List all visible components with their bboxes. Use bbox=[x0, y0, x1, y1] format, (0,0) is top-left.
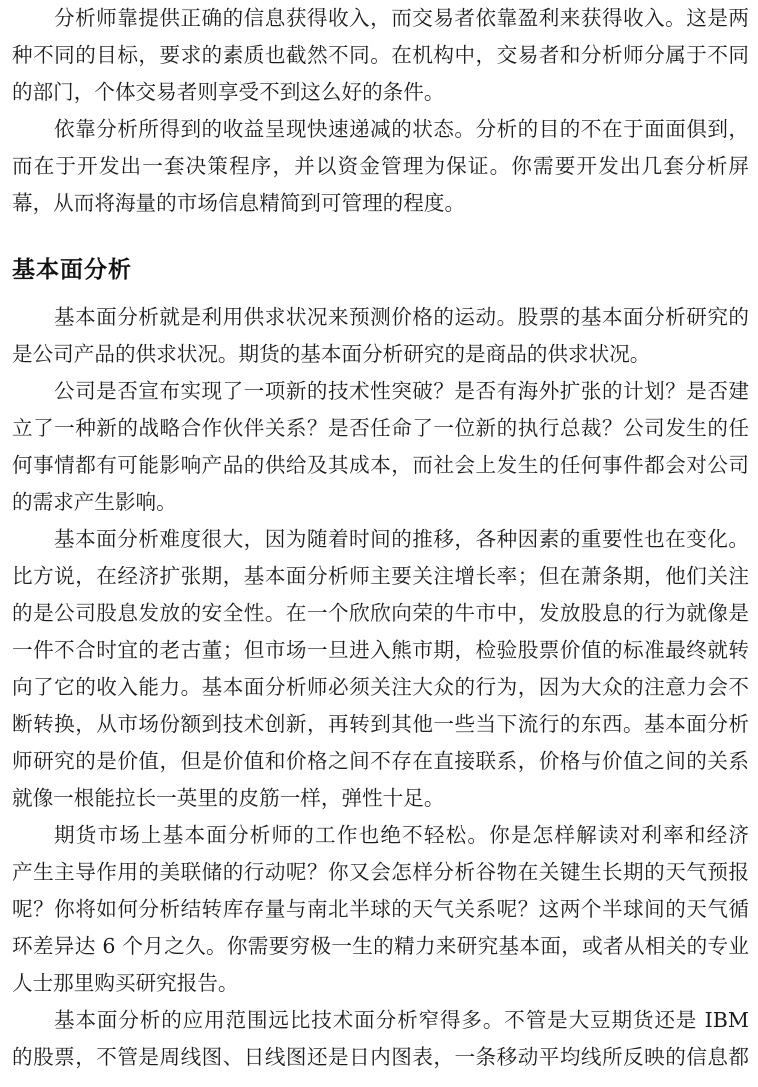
paragraph-line: 向了它的收入能力。基本面分析师必须关注大众的行为，因为大众的注意力会不 bbox=[12, 669, 749, 706]
paragraph-line: 的部门，个体交易者则享受不到这么好的条件。 bbox=[12, 74, 749, 111]
paragraph-line: 立了一种新的战略合作伙伴关系？是否任命了一位新的执行总裁？公司发生的任 bbox=[12, 410, 749, 447]
paragraph-line: 基本面分析的应用范围远比技术面分析窄得多。不管是大豆期货还是 IBM bbox=[54, 1002, 749, 1039]
paragraph-line: 师研究的是价值，但是价值和价格之间不存在直接联系，价格与价值之间的关系 bbox=[12, 743, 749, 780]
paragraph-line: 的是公司股息发放的安全性。在一个欣欣向荣的牛市中，发放股息的行为就像是 bbox=[12, 595, 749, 632]
paragraph-line: 就像一根能拉长一英里的皮筋一样，弹性十足。 bbox=[12, 780, 749, 817]
paragraph-line: 幕，从而将海量的市场信息精简到可管理的程度。 bbox=[12, 185, 749, 222]
paragraph-line: 一件不合时宜的老古董；但市场一旦进入熊市期，检验股票价值的标准最终就转 bbox=[12, 632, 749, 669]
paragraph-line: 环差异达 6 个月之久。你需要穷极一生的精力来研究基本面，或者从相关的专业 bbox=[12, 928, 749, 965]
paragraph-line: 的需求产生影响。 bbox=[12, 484, 749, 521]
paragraph-line: 的股票，不管是周线图、日线图还是日内图表，一条移动平均线所反映的信息都 bbox=[12, 1039, 749, 1076]
paragraph-line: 基本面分析难度很大，因为随着时间的推移，各种因素的重要性也在变化。 bbox=[54, 521, 749, 558]
paragraph-line: 是公司产品的供求状况。期货的基本面分析研究的是商品的供求状况。 bbox=[12, 336, 749, 373]
paragraph-line: 基本面分析就是利用供求状况来预测价格的运动。股票的基本面分析研究的 bbox=[54, 299, 749, 336]
section-heading: 基本面分析 bbox=[12, 252, 132, 288]
paragraph-line: 分析师靠提供正确的信息获得收入，而交易者依靠盈利来获得收入。这是两 bbox=[54, 0, 749, 37]
paragraph-line: 何事情都有可能影响产品的供给及其成本，而社会上发生的任何事件都会对公司 bbox=[12, 447, 749, 484]
paragraph-line: 比方说，在经济扩张期，基本面分析师主要关注增长率；但在萧条期，他们关注 bbox=[12, 558, 749, 595]
paragraph-line: 种不同的目标，要求的素质也截然不同。在机构中，交易者和分析师分属于不同 bbox=[12, 37, 749, 74]
paragraph-line: 断转换，从市场份额到技术创新，再转到其他一些当下流行的东西。基本面分析 bbox=[12, 706, 749, 743]
paragraph-line: 呢？你将如何分析结转库存量与南北半球的天气关系呢？这两个半球间的天气循 bbox=[12, 891, 749, 928]
paragraph-line: 期货市场上基本面分析师的工作也绝不轻松。你是怎样解读对利率和经济 bbox=[54, 817, 749, 854]
paragraph-line: 公司是否宣布实现了一项新的技术性突破？是否有海外扩张的计划？是否建 bbox=[54, 373, 749, 410]
paragraph-line: 产生主导作用的美联储的行动呢？你又会怎样分析谷物在关键生长期的天气预报 bbox=[12, 854, 749, 891]
paragraph-line: 依靠分析所得到的收益呈现快速递减的状态。分析的目的不在于面面俱到， bbox=[54, 111, 749, 148]
paragraph-line: 而在于开发出一套决策程序，并以资金管理为保证。你需要开发出几套分析屏 bbox=[12, 148, 749, 185]
paragraph-line: 人士那里购买研究报告。 bbox=[12, 965, 749, 1002]
